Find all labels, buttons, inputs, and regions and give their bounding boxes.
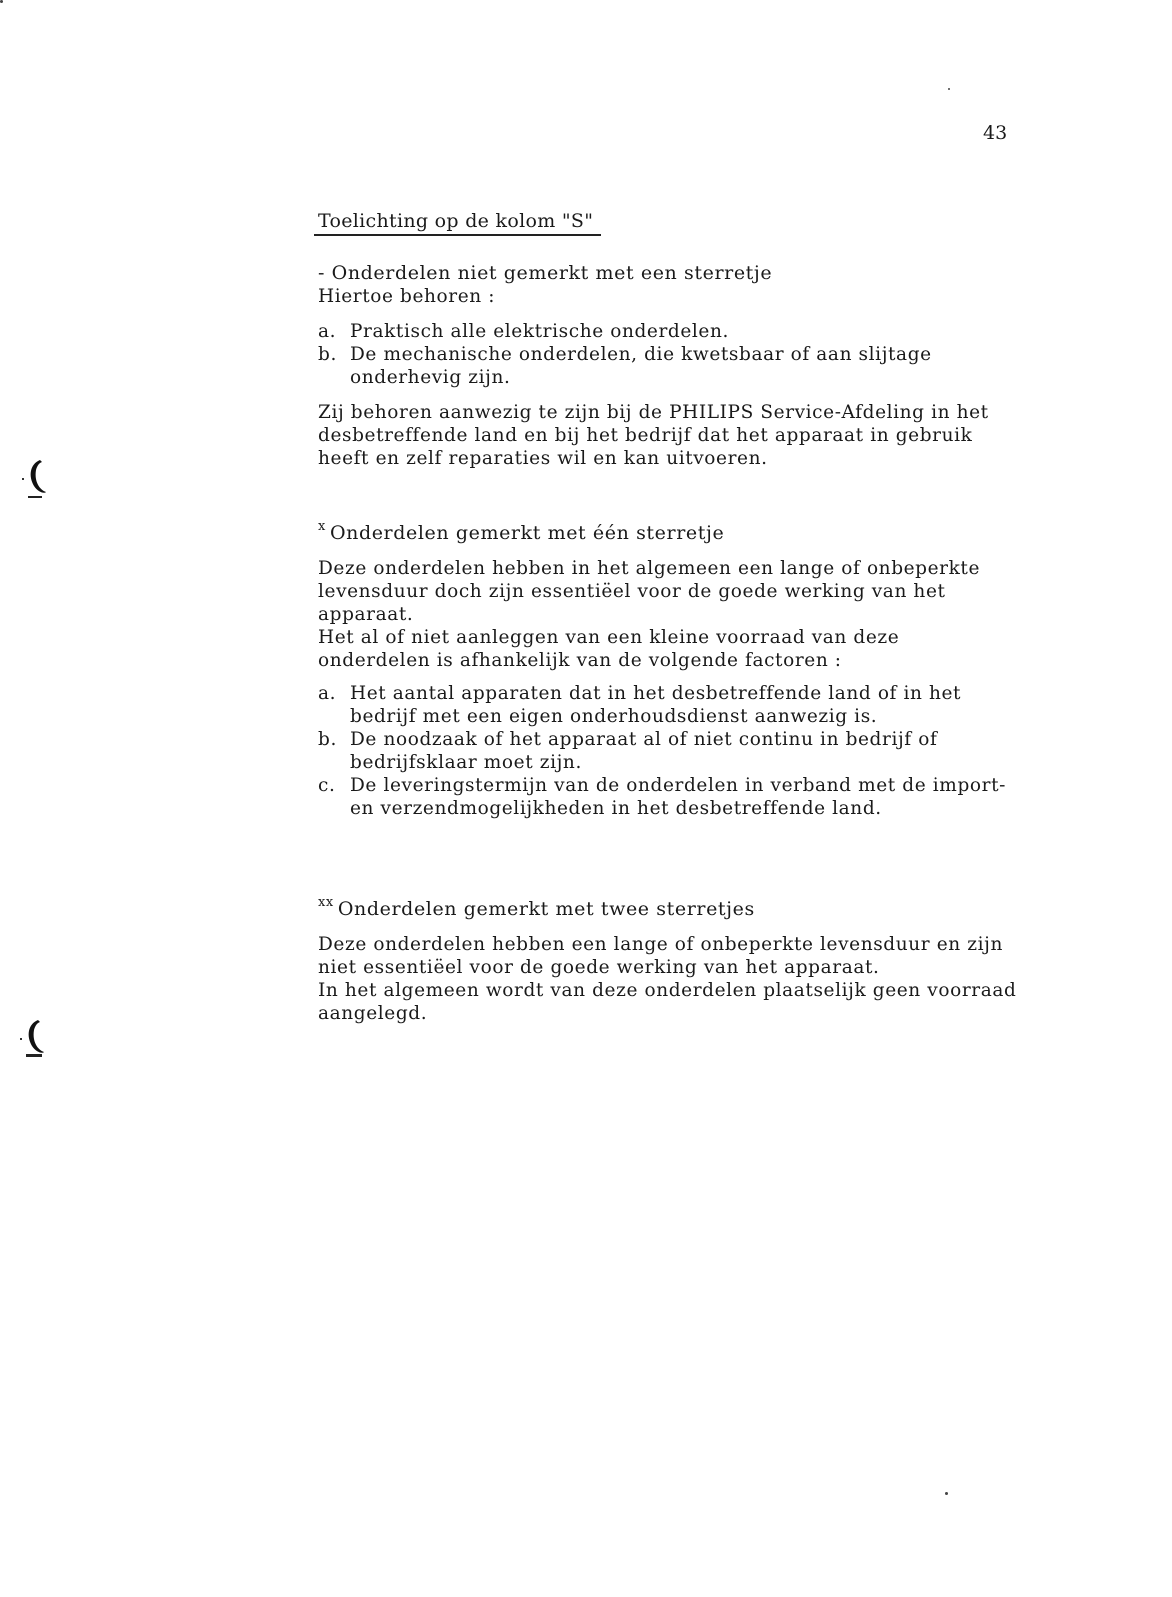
star-marker: xx bbox=[318, 895, 334, 910]
scan-speck bbox=[0, 0, 3, 3]
binder-hole-mark-icon bbox=[18, 1016, 48, 1060]
list-item: a. Het aantal apparaten dat in het desbe… bbox=[318, 682, 1018, 728]
paragraph: Zij behoren aanwezig te zijn bij de PHIL… bbox=[318, 401, 1018, 470]
list-item: b. De noodzaak of het apparaat al of nie… bbox=[318, 728, 1018, 774]
paragraph: Het al of niet aanleggen van een kleine … bbox=[318, 626, 1018, 672]
paragraph: Deze onderdelen hebben een lange of onbe… bbox=[318, 933, 1018, 979]
list-item: c. De leveringstermijn van de onderdelen… bbox=[318, 774, 1018, 820]
scan-speck bbox=[948, 88, 950, 90]
star-marker: x bbox=[318, 519, 326, 534]
section-one-star: xOnderdelen gemerkt met één sterretje De… bbox=[318, 522, 1018, 820]
section-title: xxOnderdelen gemerkt met twee sterretjes bbox=[318, 898, 1018, 923]
page-title: Toelichting op de kolom "S" bbox=[314, 210, 601, 236]
page-number: 43 bbox=[983, 122, 1007, 144]
section-unmarked: - Onderdelen niet gemerkt met een sterre… bbox=[318, 262, 1018, 470]
list-item: b. De mechanische onderdelen, die kwetsb… bbox=[318, 343, 1018, 389]
binder-hole-mark-icon bbox=[20, 456, 50, 500]
section-title: - Onderdelen niet gemerkt met een sterre… bbox=[318, 262, 1018, 285]
paragraph: Deze onderdelen hebben in het algemeen e… bbox=[318, 557, 1018, 626]
list-item: a. Praktisch alle elektrische onderdelen… bbox=[318, 320, 1018, 343]
scan-speck bbox=[945, 1492, 948, 1495]
section-title: xOnderdelen gemerkt met één sterretje bbox=[318, 522, 1018, 547]
section-intro: Hiertoe behoren : bbox=[318, 285, 1018, 308]
section-two-stars: xxOnderdelen gemerkt met twee sterretjes… bbox=[318, 898, 1018, 1025]
paragraph: In het algemeen wordt van deze onderdele… bbox=[318, 979, 1018, 1025]
